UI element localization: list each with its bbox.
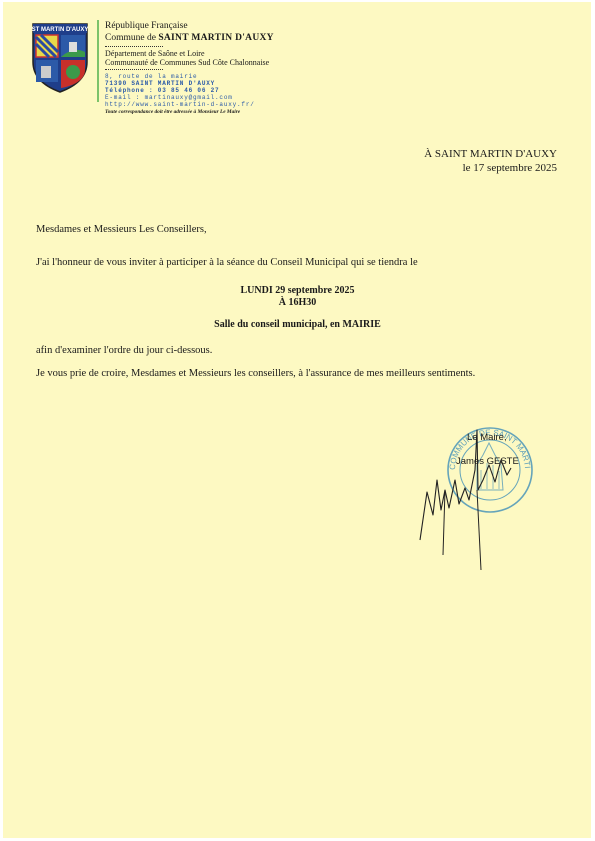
commune-name: SAINT MARTIN D'AUXY [158,33,274,43]
commune-prefix: Commune de [105,33,158,43]
email-link[interactable]: E-mail : martinauxy@gmail.com [105,94,233,101]
correspondence-note: Toute correspondance doit être adressée … [105,109,240,115]
intro-paragraph: J'ai l'honneur de vous inviter à partici… [36,257,418,268]
meeting-time: À 16H30 [0,297,595,308]
phone-line: Téléphone : 03 85 46 06 27 [105,87,219,94]
header-divider [97,20,99,102]
meeting-place: Salle du conseil municipal, en MAIRIE [0,319,595,330]
republic-label: République Française [105,21,188,31]
communaute-label: Communauté de Communes Sud Côte Chalonna… [105,58,269,68]
commune-heading: Commune de SAINT MARTIN D'AUXY [105,33,274,43]
postal-line: 71390 SAINT MARTIN D'AUXY [105,80,215,87]
purpose-paragraph: afin d'examiner l'ordre du jour ci-desso… [36,345,212,356]
svg-text:ST MARTIN D'AUXY: ST MARTIN D'AUXY [32,27,89,33]
address-line: 8, route de la mairie [105,73,197,80]
meeting-date: LUNDI 29 septembre 2025 [0,285,595,296]
letter-date: le 17 septembre 2025 [463,162,557,174]
closing-paragraph: Je vous prie de croire, Mesdames et Mess… [36,368,475,379]
salutation: Mesdames et Messieurs Les Conseillers, [36,224,207,235]
dotted-divider [105,69,163,70]
dotted-divider [105,46,163,47]
place-label: À SAINT MARTIN D'AUXY [424,148,557,160]
website-link[interactable]: http://www.saint-martin-d-auxy.fr/ [105,101,255,108]
handwritten-signature-icon [415,420,525,570]
commune-crest-icon: ST MARTIN D'AUXY [31,22,89,94]
